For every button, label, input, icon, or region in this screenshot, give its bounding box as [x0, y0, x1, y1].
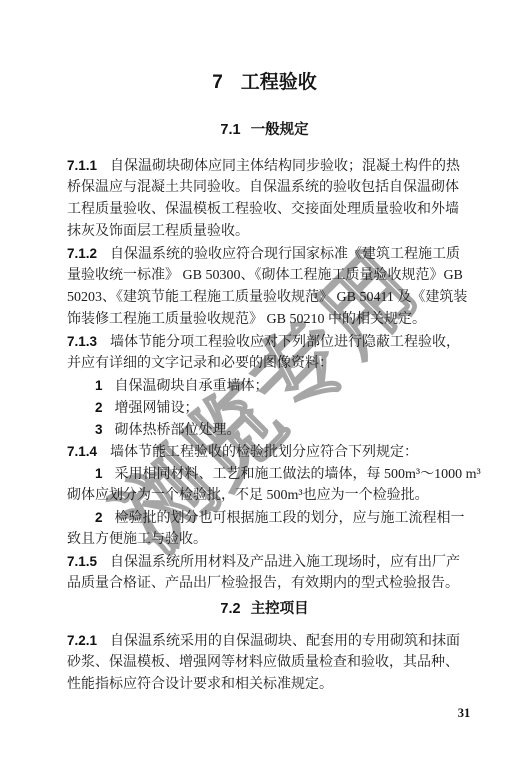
clause-line: 50203、《建筑节能工程施工质量验收规范》 GB 50411 及《建筑装 [67, 287, 465, 309]
chapter-title: 7工程验收 [0, 70, 529, 96]
document-page: { "page": { "chapter": { "number": "7", … [0, 0, 529, 767]
clause-line: 桥保温应与混凝土共同验收。自保温系统的验收包括自保温砌体 [67, 177, 465, 199]
clause-7-1-3: 7.1.3墙体节能分项工程验收应对下列部位进行隐蔽工程验收， 并应有详细的文字记… [67, 331, 465, 441]
page-number: 31 [444, 706, 484, 721]
item-text: 检验批的划分也可根据施工段的划分，应与施工流程相一 [115, 511, 465, 526]
clause-line: 7.1.1自保温砌块砌体应同主体结构同步验收；混凝土构件的热 [67, 155, 465, 177]
section-general-number: 7.1 [220, 122, 240, 138]
item-number: 3 [95, 422, 103, 437]
clause-line: 砂浆、保温模板、增强网等材料应做质量检查和验收，其品种、 [67, 652, 465, 674]
clause-number: 7.1.2 [67, 246, 97, 261]
clause-number: 7.1.4 [67, 444, 97, 459]
list-item: 1采用相同材料、工艺和施工做法的墙体，每 500m³～1000 m³ [67, 463, 465, 485]
clause-text: 墙体节能分项工程验收应对下列部位进行隐蔽工程验收， [110, 335, 460, 350]
list-item-continuation: 砌体应划分为一个检验批，不足 500m³也应为一个检验批。 [67, 485, 465, 507]
item-number: 1 [95, 466, 103, 481]
clause-line: 性能指标应符合设计要求和相关标准规定。 [67, 674, 465, 696]
item-number: 1 [95, 378, 103, 393]
clause-line: 7.2.1自保温系统采用的自保温砌块、配套用的专用砌筑和抹面 [67, 630, 465, 652]
clause-text: 自保温系统的验收应符合现行国家标准《建筑工程施工质 [110, 247, 460, 262]
item-text: 自保温砌块自承重墙体； [115, 379, 269, 394]
item-text: 增强网铺设； [115, 401, 199, 416]
clause-7-1-4: 7.1.4墙体节能工程验收的检验批划分应符合下列规定： 1采用相同材料、工艺和施… [67, 441, 465, 551]
clause-number: 7.1.1 [67, 158, 97, 173]
clause-line: 7.1.3墙体节能分项工程验收应对下列部位进行隐蔽工程验收， [67, 331, 465, 353]
clause-number: 7.1.3 [67, 334, 97, 349]
clause-line: 并应有详细的文字记录和必要的图像资料： [67, 353, 465, 375]
section-title-general: 7.1一般规定 [0, 119, 529, 141]
clause-7-1-5: 7.1.5自保温系统所用材料及产品进入施工现场时，应有出厂产 品质量合格证、产品… [67, 551, 465, 595]
clause-7-2-1: 7.2.1自保温系统采用的自保温砌块、配套用的专用砌筑和抹面 砂浆、保温模板、增… [67, 630, 465, 696]
clause-line: 工程质量验收、保温模板工程验收、交接面处理质量验收和外墙 [67, 199, 465, 221]
clause-number: 7.1.5 [67, 554, 97, 569]
clause-line: 7.1.5自保温系统所用材料及产品进入施工现场时，应有出厂产 [67, 551, 465, 573]
clause-line: 饰装修工程施工质量验收规范》 GB 50210 中的相关规定。 [67, 309, 465, 331]
list-item: 2检验批的划分也可根据施工段的划分，应与施工流程相一 [67, 507, 465, 529]
list-item: 3砌体热桥部位处理。 [67, 419, 465, 441]
list-item: 1自保温砌块自承重墙体； [67, 375, 465, 397]
clause-7-1-1: 7.1.1自保温砌块砌体应同主体结构同步验收；混凝土构件的热 桥保温应与混凝土共… [67, 155, 465, 243]
clause-line: 7.1.2自保温系统的验收应符合现行国家标准《建筑工程施工质 [67, 243, 465, 265]
clause-7-1-2: 7.1.2自保温系统的验收应符合现行国家标准《建筑工程施工质 量验收统一标准》 … [67, 243, 465, 331]
list-item: 2增强网铺设； [67, 397, 465, 419]
clause-text: 墙体节能工程验收的检验批划分应符合下列规定： [110, 445, 418, 460]
clause-text: 自保温系统所用材料及产品进入施工现场时，应有出厂产 [110, 555, 460, 570]
clause-number: 7.2.1 [67, 633, 97, 648]
item-number: 2 [95, 400, 103, 415]
chapter-title-text: 工程验收 [241, 72, 317, 93]
section-general-title-text: 一般规定 [251, 122, 309, 138]
clause-line: 7.1.4墙体节能工程验收的检验批划分应符合下列规定： [67, 441, 465, 463]
section-main-number: 7.2 [220, 601, 240, 617]
clause-text: 自保温系统采用的自保温砌块、配套用的专用砌筑和抹面 [110, 634, 460, 649]
section-main-title-text: 主控项目 [251, 601, 309, 617]
section-title-main: 7.2主控项目 [0, 598, 529, 620]
clause-text: 自保温砌块砌体应同主体结构同步验收；混凝土构件的热 [110, 159, 460, 174]
clause-line: 品质量合格证、产品出厂检验报告，有效期内的型式检验报告。 [67, 573, 465, 595]
item-text: 砌体热桥部位处理。 [115, 423, 241, 438]
list-item-continuation: 致且方便施工与验收。 [67, 529, 465, 551]
item-number: 2 [95, 510, 103, 525]
chapter-number: 7 [212, 72, 223, 93]
clause-line: 抹灰及饰面层工程质量验收。 [67, 221, 465, 243]
item-text: 采用相同材料、工艺和施工做法的墙体，每 500m³～1000 m³ [115, 467, 481, 482]
clause-line: 量验收统一标准》 GB 50300、《砌体工程施工质量验收规范》GB [67, 265, 465, 287]
